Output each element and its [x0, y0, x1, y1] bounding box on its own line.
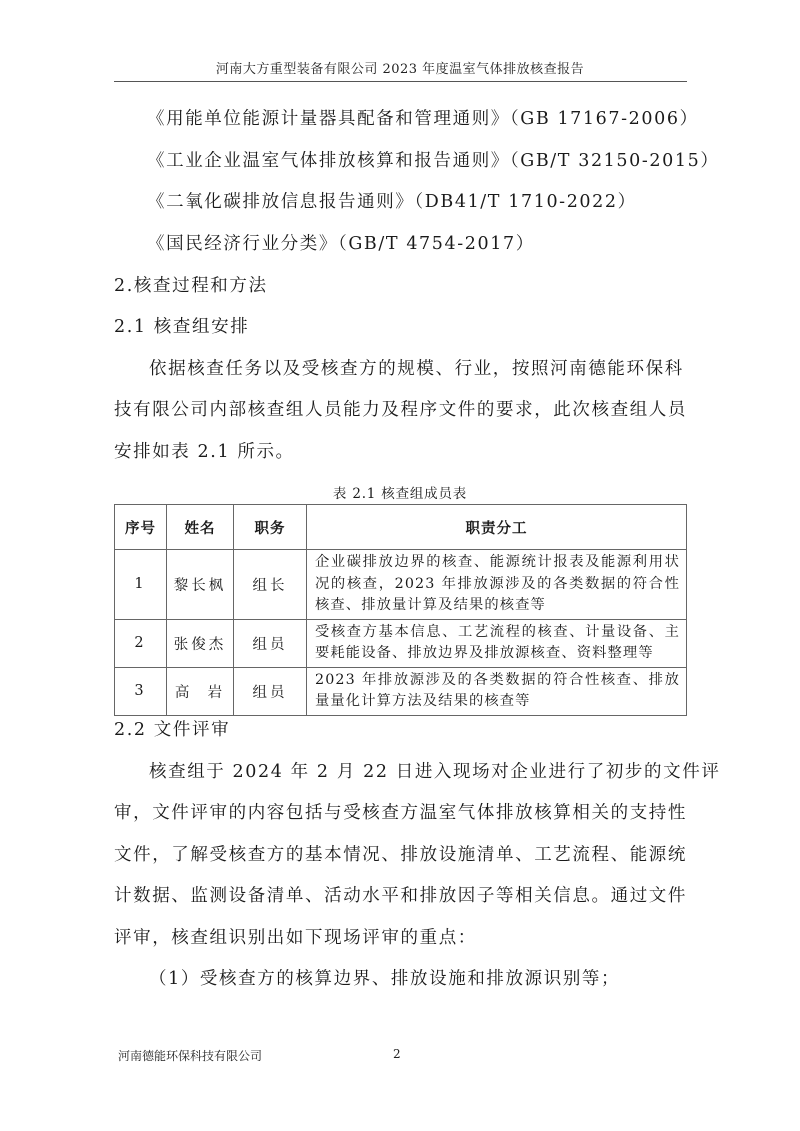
cell-role: 组员	[234, 667, 307, 715]
header-role: 职务	[234, 505, 307, 550]
section-heading: 2.核查过程和方法	[114, 274, 268, 298]
page-header-title: 河南大方重型装备有限公司 2023 年度温室气体排放核查报告	[114, 58, 686, 77]
footer-company: 河南德能环保科技有限公司	[118, 1047, 262, 1064]
table-row: 1 黎长枫 组长 企业碳排放边界的核查、能源统计报表及能源利用状况的核查，202…	[115, 550, 687, 620]
cell-name: 张俊杰	[167, 619, 234, 667]
cell-name: 高 岩	[167, 667, 234, 715]
table-row: 2 张俊杰 组员 受核查方基本信息、工艺流程的核查、计量设备、主要耗能设备、排放…	[115, 619, 687, 667]
header-name: 姓名	[167, 505, 234, 550]
cell-duty: 企业碳排放边界的核查、能源统计报表及能源利用状况的核查，2023 年排放源涉及的…	[307, 550, 687, 620]
cell-role: 组长	[234, 550, 307, 620]
reference-item: 《二氧化碳排放信息报告通则》（DB41/T 1710-2022）	[147, 190, 637, 214]
reference-item: 《工业企业温室气体排放核算和报告通则》（GB/T 32150-2015）	[147, 149, 719, 173]
paragraph-line: 安排如表 2.1 所示。	[114, 440, 295, 464]
page-number: 2	[393, 1047, 401, 1061]
table-header-row: 序号 姓名 职务 职责分工	[115, 505, 687, 550]
cell-name: 黎长枫	[167, 550, 234, 620]
cell-role: 组员	[234, 619, 307, 667]
table-row: 3 高 岩 组员 2023 年排放源涉及的各类数据的符合性核查、排放量量化计算方…	[115, 667, 687, 715]
cell-duty: 2023 年排放源涉及的各类数据的符合性核查、排放量量化计算方法及结果的核查等	[307, 667, 687, 715]
cell-no: 3	[115, 667, 167, 715]
header-no: 序号	[115, 505, 167, 550]
cell-no: 2	[115, 619, 167, 667]
crew-table: 序号 姓名 职务 职责分工 1 黎长枫 组长 企业碳排放边界的核查、能源统计报表…	[114, 504, 687, 716]
paragraph-line: 文件，了解受核查方的基本情况、排放设施清单、工艺流程、能源统	[114, 843, 687, 867]
subsection-heading: 2.1 核查组安排	[114, 315, 249, 339]
paragraph-line: 审，文件评审的内容包括与受核查方温室气体排放核算相关的支持性	[114, 801, 687, 825]
cell-no: 1	[115, 550, 167, 620]
cell-duty: 受核查方基本信息、工艺流程的核查、计量设备、主要耗能设备、排放边界及排放源核查、…	[307, 619, 687, 667]
reference-item: 《国民经济行业分类》（GB/T 4754-2017）	[147, 232, 535, 256]
paragraph-line: 评审，核查组识别出如下现场评审的重点：	[114, 926, 477, 950]
subsection-heading: 2.2 文件评审	[114, 718, 230, 742]
paragraph-line: 技有限公司内部核查组人员能力及程序文件的要求，此次核查组人员	[114, 398, 687, 422]
table-caption: 表 2.1 核查组成员表	[114, 482, 686, 502]
reference-item: 《用能单位能源计量器具配备和管理通则》（GB 17167-2006）	[147, 107, 699, 131]
paragraph-line: 核查组于 2024 年 2 月 22 日进入现场对企业进行了初步的文件评	[149, 760, 720, 784]
header-rule	[114, 81, 687, 82]
list-item: （1）受核查方的核算边界、排放设施和排放源识别等；	[149, 967, 620, 991]
header-duty: 职责分工	[307, 505, 687, 550]
paragraph-line: 计数据、监测设备清单、活动水平和排放因子等相关信息。通过文件	[114, 884, 687, 908]
paragraph-line: 依据核查任务以及受核查方的规模、行业，按照河南德能环保科	[149, 357, 684, 381]
